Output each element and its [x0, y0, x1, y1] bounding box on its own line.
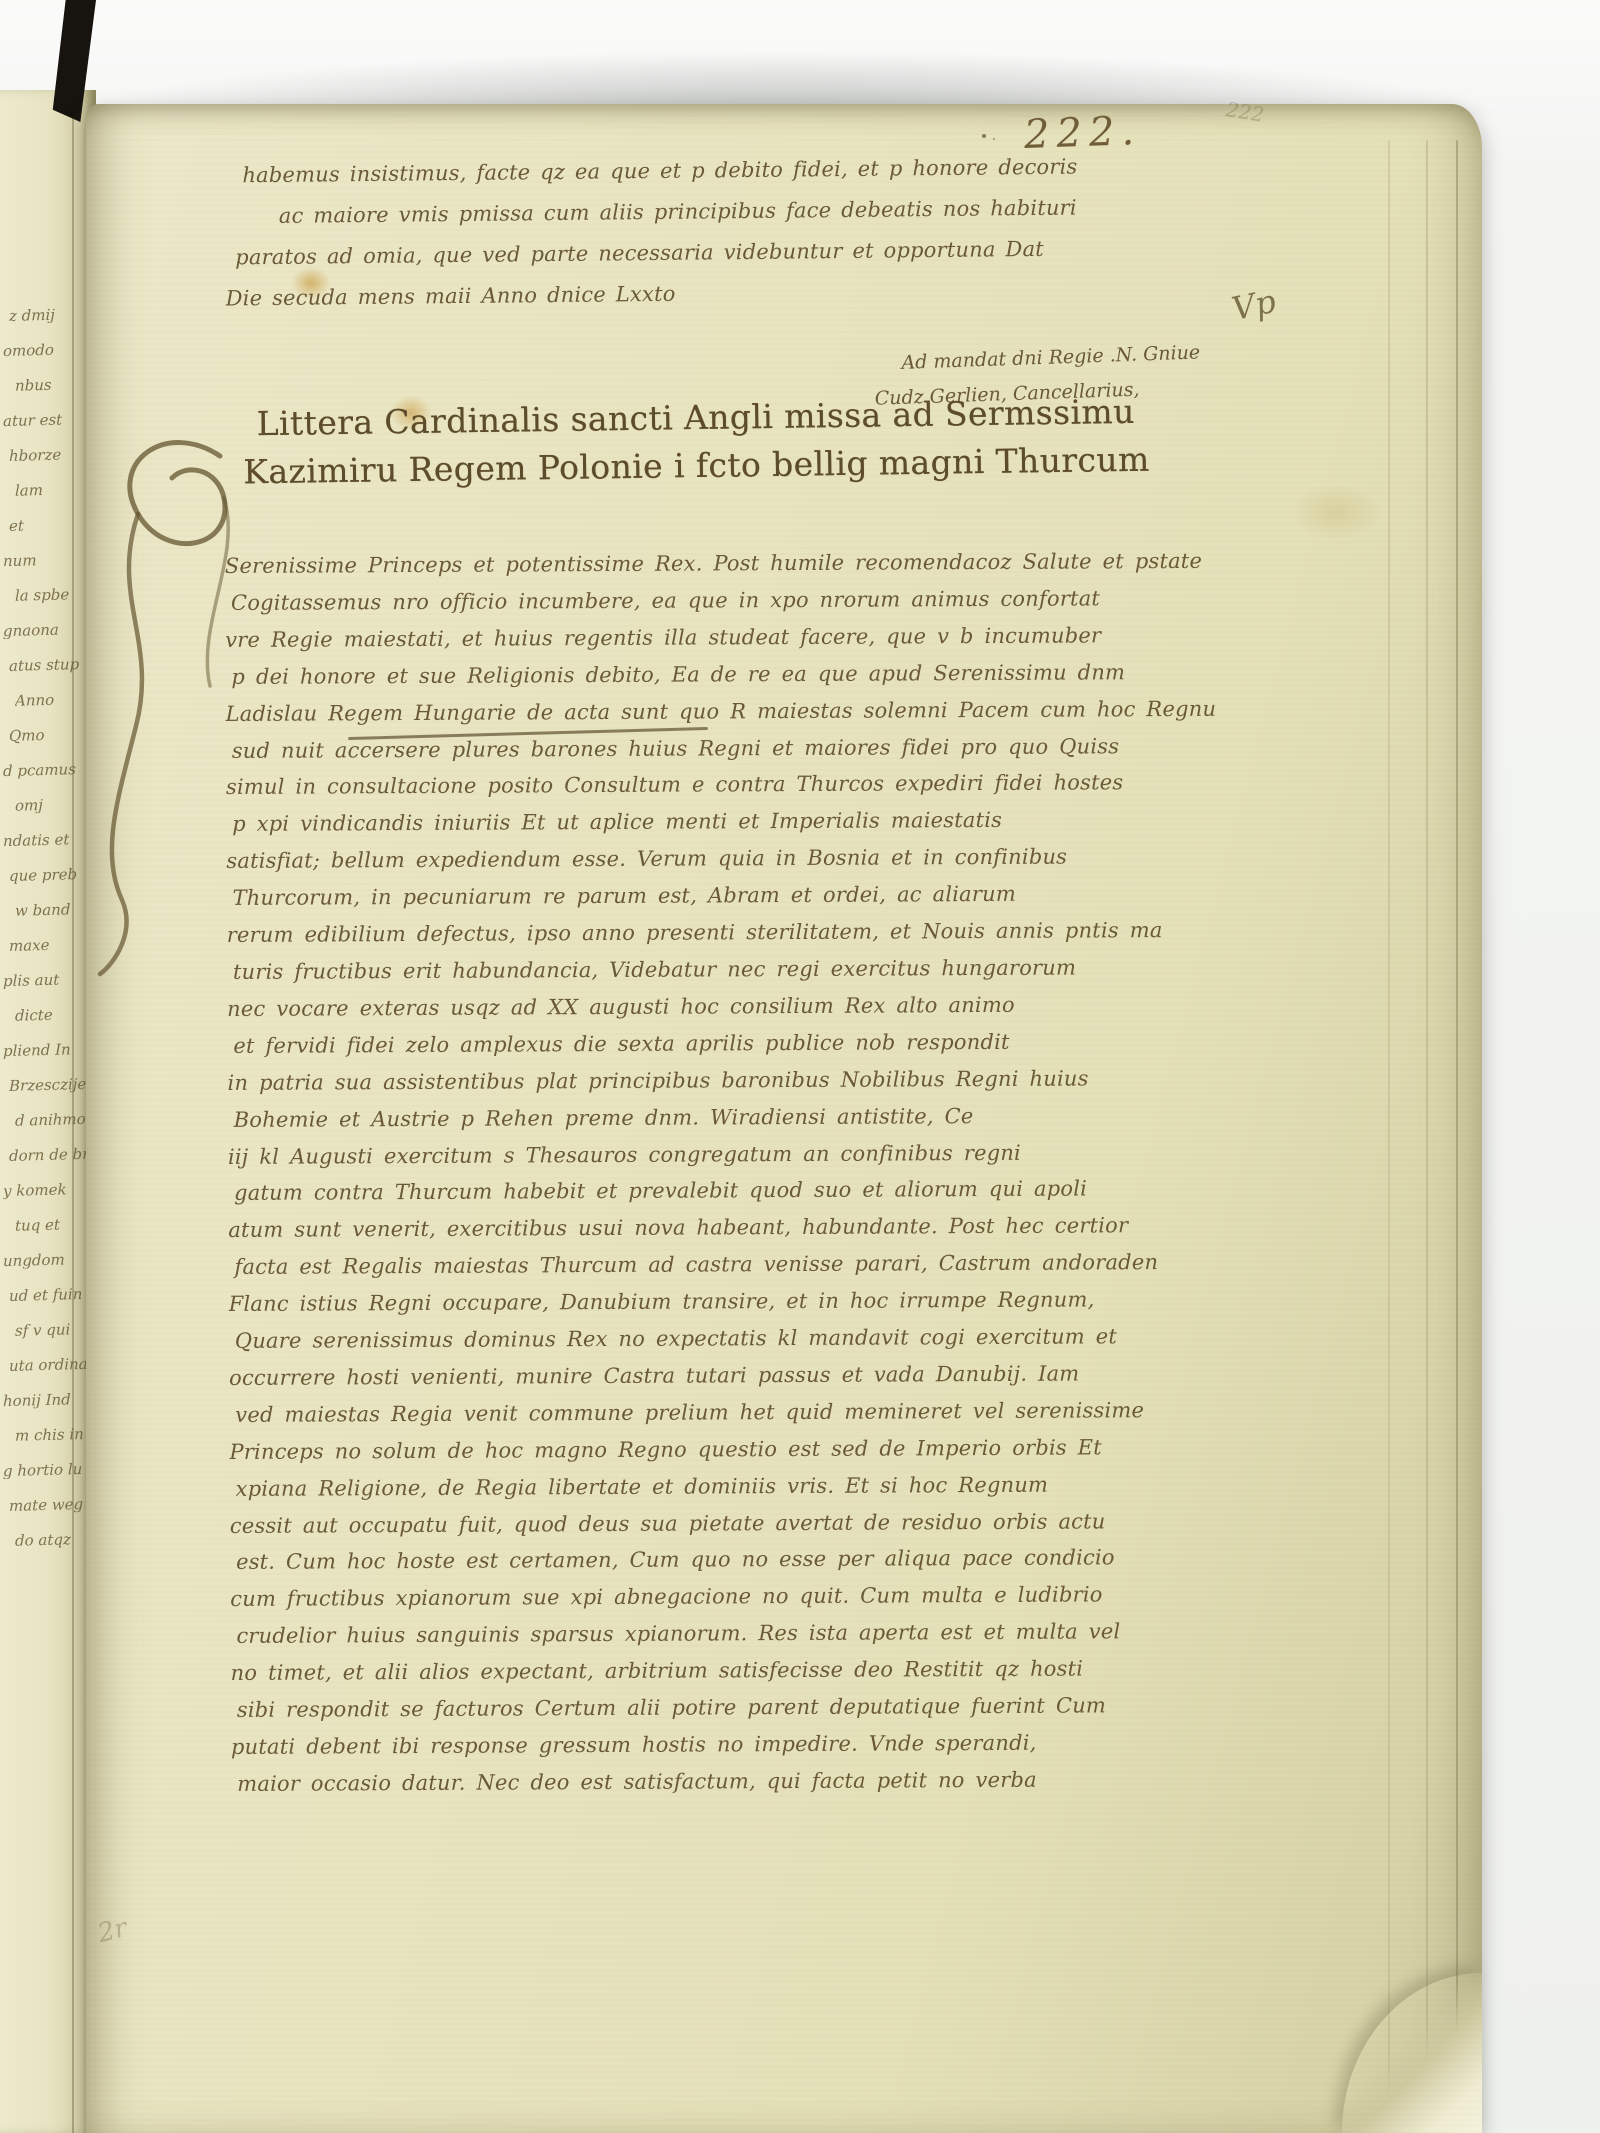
body-line: satisfiat; bellum expediendum esse. Veru… [226, 837, 1356, 880]
margin-note-fragment: tuq et [15, 1217, 87, 1234]
body-line: cum fructibus xpianorum sue xpi abnegaci… [230, 1575, 1360, 1618]
margin-note-fragment: do atqz [15, 1532, 87, 1549]
body-line: Flanc istius Regni occupare, Danubium tr… [229, 1280, 1359, 1323]
body-line: in patria sua assistentibus plat princip… [227, 1059, 1357, 1102]
margin-note-fragment: Brzesczije [9, 1077, 87, 1094]
margin-note-fragment: ud et fuin [9, 1287, 87, 1304]
foxing-stain [1276, 474, 1396, 550]
margin-note-fragment: g hortio lu [3, 1462, 87, 1479]
body-line: rerum edibilium defectus, ipso anno pres… [227, 911, 1357, 954]
margin-note-fragment: honij Ind [3, 1392, 87, 1409]
margin-note-fragment: ungdom [3, 1252, 87, 1269]
manuscript-scan: z dmijomodonbusatur esthborzelametnumla … [0, 0, 1600, 2133]
margin-note-fragment: pliend In [3, 1042, 87, 1059]
margin-note-fragment: la spbe [15, 587, 87, 604]
body-line: xpiana Religione, de Regia libertate et … [230, 1465, 1360, 1508]
body-line: nec vocare exteras usqz ad XX augusti ho… [227, 985, 1357, 1028]
body-line: atum sunt venerit, exercitibus usui nova… [228, 1206, 1358, 1249]
margin-note-fragment: omodo [3, 342, 87, 359]
margin-note-fragment: y komek [3, 1182, 87, 1199]
margin-note-fragment: Anno [15, 692, 87, 709]
body-line: turis fructibus erit habundancia, Videba… [227, 948, 1357, 991]
margin-note-fragment: plis aut [3, 972, 87, 989]
letter-heading: Littera Cardinalis sancti Angli missa ad… [242, 388, 1150, 497]
previous-leaf-edge: z dmijomodonbusatur esthborzelametnumla … [0, 90, 96, 2133]
margin-note-fragment: uta ordinat [9, 1357, 87, 1374]
margin-note-fragment: Qmo [9, 727, 87, 744]
margin-note-fragment: mate weg [9, 1497, 87, 1514]
body-line: et fervidi fidei zelo amplexus die sexta… [227, 1022, 1357, 1065]
margin-note-fragment: maxe [9, 937, 87, 954]
margin-note-fragment: nbus [15, 377, 87, 394]
margin-note-fragment: sf v qui [15, 1322, 87, 1339]
body-line: putati debent ibi response gressum hosti… [231, 1723, 1361, 1766]
margin-note-fragment: w band [15, 902, 87, 919]
folio-pen-mark: 2r [95, 1913, 130, 1949]
body-line: p dei honore et sue Religionis debito, E… [225, 653, 1355, 696]
heading-side-mark: Vp [1229, 282, 1280, 328]
margin-note-fragment: atur est [3, 412, 87, 429]
margin-note-fragment: d pcamus [3, 762, 87, 779]
margin-note-fragment: atus stup [9, 657, 87, 674]
margin-note-fragment: et [9, 517, 87, 534]
body-line: maior occasio datur. Nec deo est satisfa… [231, 1760, 1361, 1803]
body-line: iij kl Augusti exercitum s Thesauros con… [228, 1133, 1358, 1176]
body-line: sibi respondit se facturos Certum alii p… [231, 1686, 1361, 1729]
body-line: simul in consultacione posito Consultum … [226, 763, 1356, 806]
body-line: Thurcorum, in pecuniarum re parum est, A… [226, 874, 1356, 917]
margin-note-fragment: gnaona [3, 622, 87, 639]
body-line: p xpi vindicandis iniuriis Et ut aplice … [226, 800, 1356, 843]
body-line: no timet, et alii alios expectant, arbit… [231, 1649, 1361, 1692]
body-line: facta est Regalis maiestas Thurcum ad ca… [228, 1243, 1358, 1286]
margin-note-fragment: hborze [9, 447, 87, 464]
margin-note-fragment: m chis in [15, 1427, 87, 1444]
body-line: est. Cum hoc hoste est certamen, Cum quo… [230, 1539, 1360, 1582]
margin-note-fragment: z dmij [9, 307, 87, 324]
margin-note-fragment: num [3, 552, 87, 569]
margin-note-fragment: dicte [15, 1007, 87, 1024]
margin-note-fragment: lam [15, 482, 87, 499]
body-line: cessit aut occupatu fuit, quod deus sua … [230, 1502, 1360, 1545]
ink-specks [982, 134, 986, 138]
letter-body: Serenissime Princeps et potentissime Rex… [225, 542, 1362, 1803]
body-line: Ladislau Regem Hungarie de acta sunt quo… [225, 690, 1355, 733]
margin-note-fragment: omj [15, 797, 87, 814]
body-line: occurrere hosti venienti, munire Castra … [229, 1354, 1359, 1397]
page-stack-edge [1456, 140, 1458, 2133]
closing-paragraph: habemus insistimus, facte qz ea que et p… [224, 145, 1266, 320]
body-line: Serenissime Princeps et potentissime Rex… [225, 542, 1355, 585]
body-line: gatum contra Thurcum habebit et prevaleb… [228, 1169, 1358, 1212]
page-number-faint: 222 [1224, 97, 1265, 127]
page-stack-edge [1426, 140, 1428, 2133]
page-stack-edge [1388, 140, 1390, 2133]
margin-note-fragment: d anihmo [15, 1112, 87, 1129]
margin-note-fragment: que preb [9, 867, 87, 884]
margin-note-fragment: ndatis et [3, 832, 87, 849]
page-curl-corner [1342, 1973, 1482, 2133]
body-line: Cogitassemus nro officio incumbere, ea q… [225, 579, 1355, 622]
body-line: ved maiestas Regia venit commune prelium… [229, 1391, 1359, 1434]
body-line: Bohemie et Austrie p Rehen preme dnm. Wi… [228, 1096, 1358, 1139]
margin-note-fragment: dorn de brze [9, 1147, 87, 1164]
body-line: Princeps no solum de hoc magno Regno que… [229, 1428, 1359, 1471]
body-line: crudelior huius sanguinis sparsus xpiano… [230, 1612, 1360, 1655]
body-line: sud nuit accersere plures barones huius … [226, 727, 1356, 770]
previous-leaf-margin-notes: z dmijomodonbusatur esthborzelametnumla … [3, 307, 87, 1549]
body-line: Quare serenissimus dominus Rex no expect… [229, 1317, 1359, 1360]
body-line: vre Regie maiestati, et huius regentis i… [225, 616, 1355, 659]
manuscript-page: 222. 222 habemus insistimus, facte qz ea… [86, 104, 1482, 2133]
